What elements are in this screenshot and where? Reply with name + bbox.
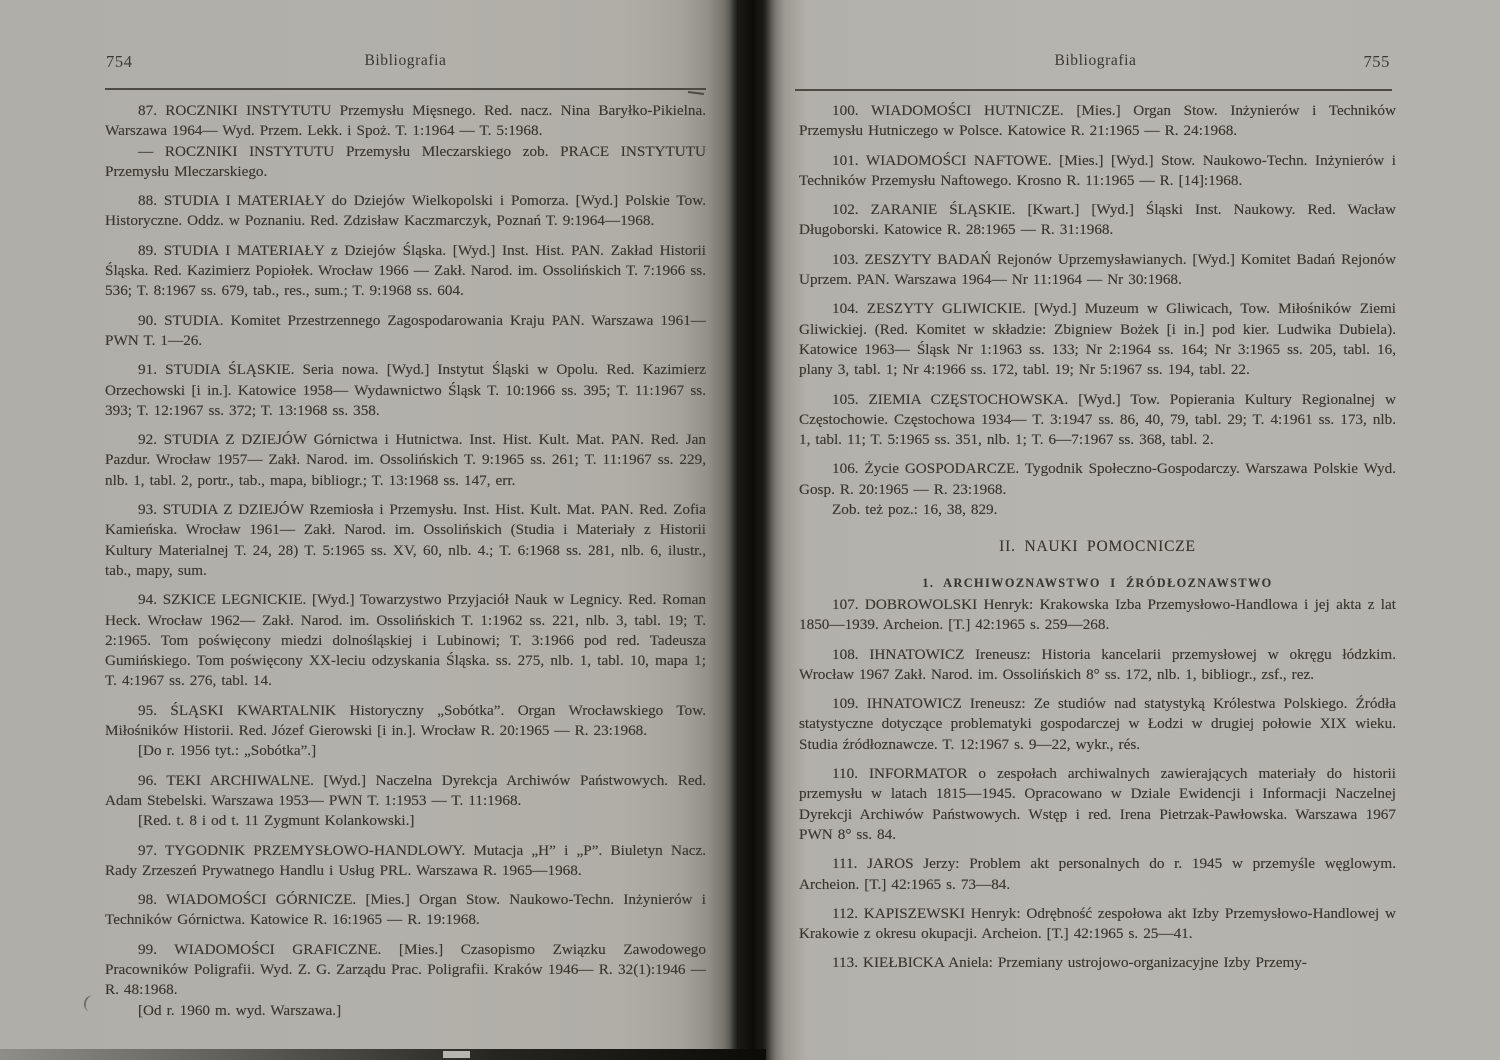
bibliography-entry: 106. Życie GOSPODARCZE. Tygodnik Społecz…: [799, 459, 1396, 520]
entry-text: 96. TEKI ARCHIWALNE. [Wyd.] Naczelna Dyr…: [105, 771, 706, 812]
entry-text: 94. SZKICE LEGNICKIE. [Wyd.] Towarzystwo…: [105, 590, 706, 691]
entry-text: 106. Życie GOSPODARCZE. Tygodnik Społecz…: [799, 459, 1396, 500]
bibliography-entry: 108. IHNATOWICZ Ireneusz: Historia kance…: [799, 645, 1396, 686]
entry-text: 100. WIADOMOŚCI HUTNICZE. [Mies.] Organ …: [799, 101, 1396, 142]
page-number-right: 755: [1330, 52, 1390, 72]
bibliography-entry: 92. STUDIA Z DZIEJÓW Górnictwa i Hutnict…: [105, 430, 706, 491]
entry-text: 92. STUDIA Z DZIEJÓW Górnictwa i Hutnict…: [105, 430, 706, 491]
entry-text: 99. WIADOMOŚCI GRAFICZNE. [Mies.] Czasop…: [105, 940, 706, 1001]
bibliography-entry: 96. TEKI ARCHIWALNE. [Wyd.] Naczelna Dyr…: [105, 771, 706, 832]
entry-text: 89. STUDIA I MATERIAŁY z Dziejów Śląska.…: [105, 241, 706, 302]
bibliography-entry: 99. WIADOMOŚCI GRAFICZNE. [Mies.] Czasop…: [105, 940, 706, 1020]
entry-text: 113. KIEŁBICKA Aniela: Przemiany ustrojo…: [799, 953, 1396, 973]
subsection-heading: 1. ARCHIWOZNAWSTWO I ŹRÓDŁOZNAWSTWO: [799, 573, 1396, 593]
bibliography-entry: 109. IHNATOWICZ Ireneusz: Ze studiów nad…: [799, 694, 1396, 755]
entry-note: Zob. też poz.: 16, 38, 829.: [799, 500, 1396, 520]
bibliography-entry: 89. STUDIA I MATERIAŁY z Dziejów Śląska.…: [105, 241, 706, 302]
bibliography-entry: 100. WIADOMOŚCI HUTNICZE. [Mies.] Organ …: [799, 101, 1396, 142]
bibliography-column-right: 100. WIADOMOŚCI HUTNICZE. [Mies.] Organ …: [799, 100, 1396, 1020]
entry-text: 97. TYGODNIK PRZEMYSŁOWO-HANDLOWY. Mutac…: [105, 841, 706, 882]
entry-text: 105. ZIEMIA CZĘSTOCHOWSKA. [Wyd.] Tow. P…: [799, 390, 1396, 451]
bibliography-entries-bottom: 107. DOBROWOLSKI Henryk: Krakowska Izba …: [799, 595, 1396, 974]
entry-text: 111. JAROS Jerzy: Problem akt personalny…: [799, 854, 1396, 895]
bibliography-entry: 93. STUDIA Z DZIEJÓW Rzemiosła i Przemys…: [105, 500, 706, 581]
entry-text: 107. DOBROWOLSKI Henryk: Krakowska Izba …: [799, 595, 1396, 636]
bibliography-entry: 101. WIADOMOŚCI NAFTOWE. [Mies.] [Wyd.] …: [799, 151, 1396, 192]
bibliography-entry: 110. INFORMATOR o zespołach archiwalnych…: [799, 764, 1396, 845]
entry-text: 88. STUDIA I MATERIAŁY do Dziejów Wielko…: [105, 191, 706, 232]
bibliography-entry: 111. JAROS Jerzy: Problem akt personalny…: [799, 854, 1396, 895]
entry-text: 90. STUDIA. Komitet Przestrzennego Zagos…: [105, 311, 706, 352]
header-rule-left: [105, 88, 706, 90]
bibliography-column-left: 87. ROCZNIKI INSTYTUTU Przemysłu Mięsneg…: [105, 100, 706, 1020]
entry-text: 112. KAPISZEWSKI Henryk: Odrębność zespo…: [799, 904, 1396, 945]
header-rule-right: [795, 89, 1392, 91]
entry-text: 87. ROCZNIKI INSTYTUTU Przemysłu Mięsneg…: [105, 101, 706, 142]
entry-text: 101. WIADOMOŚCI NAFTOWE. [Mies.] [Wyd.] …: [799, 151, 1396, 192]
bibliography-entry: 95. ŚLĄSKI KWARTALNIK Historyczny „Sobót…: [105, 701, 706, 762]
entry-text: 102. ZARANIE ŚLĄSKIE. [Kwart.] [Wyd.] Śl…: [799, 200, 1396, 241]
entry-text: 91. STUDIA ŚLĄSKIE. Seria nowa. [Wyd.] I…: [105, 360, 706, 421]
bibliography-entry: 91. STUDIA ŚLĄSKIE. Seria nowa. [Wyd.] I…: [105, 360, 706, 421]
entry-note: — ROCZNIKI INSTYTUTU Przemysłu Mleczarsk…: [105, 142, 706, 183]
entry-text: 93. STUDIA Z DZIEJÓW Rzemiosła i Przemys…: [105, 500, 706, 581]
entry-text: 108. IHNATOWICZ Ireneusz: Historia kance…: [799, 645, 1396, 686]
bibliography-entry: 102. ZARANIE ŚLĄSKIE. [Kwart.] [Wyd.] Śl…: [799, 200, 1396, 241]
bibliography-entry: 87. ROCZNIKI INSTYTUTU Przemysłu Mięsneg…: [105, 101, 706, 182]
entry-text: 98. WIADOMOŚCI GÓRNICZE. [Mies.] Organ S…: [105, 890, 706, 931]
bibliography-entry: 112. KAPISZEWSKI Henryk: Odrębność zespo…: [799, 904, 1396, 945]
bottom-edge-mark: [443, 1051, 470, 1058]
bibliography-entry: 94. SZKICE LEGNICKIE. [Wyd.] Towarzystwo…: [105, 590, 706, 691]
entry-note: [Od r. 1960 m. wyd. Warszawa.]: [105, 1001, 706, 1020]
entry-text: 95. ŚLĄSKI KWARTALNIK Historyczny „Sobót…: [105, 701, 706, 742]
entry-text: 104. ZESZYTY GLIWICKIE. [Wyd.] Muzeum w …: [799, 299, 1396, 380]
entry-text: 110. INFORMATOR o zespołach archiwalnych…: [799, 764, 1396, 845]
bibliography-entry: 105. ZIEMIA CZĘSTOCHOWSKA. [Wyd.] Tow. P…: [799, 390, 1396, 451]
bibliography-entry: 113. KIEŁBICKA Aniela: Przemiany ustrojo…: [799, 953, 1396, 973]
bibliography-entry: 97. TYGODNIK PRZEMYSŁOWO-HANDLOWY. Mutac…: [105, 841, 706, 882]
running-head-right: Bibliografia: [797, 52, 1394, 70]
book-gutter-shadow: [724, 0, 776, 1060]
entry-text: 109. IHNATOWICZ Ireneusz: Ze studiów nad…: [799, 694, 1396, 755]
page-bottom-edge: [0, 1049, 766, 1060]
bibliography-entry: 88. STUDIA I MATERIAŁY do Dziejów Wielko…: [105, 191, 706, 232]
bibliography-entries-top: 100. WIADOMOŚCI HUTNICZE. [Mies.] Organ …: [799, 101, 1396, 520]
entry-note: [Do r. 1956 tyt.: „Sobótka”.]: [105, 741, 706, 761]
bibliography-entry: 103. ZESZYTY BADAŃ Rejonów Uprzemysławia…: [799, 250, 1396, 291]
bibliography-entry: 107. DOBROWOLSKI Henryk: Krakowska Izba …: [799, 595, 1396, 636]
entry-text: 103. ZESZYTY BADAŃ Rejonów Uprzemysławia…: [799, 250, 1396, 291]
bibliography-entry: 98. WIADOMOŚCI GÓRNICZE. [Mies.] Organ S…: [105, 890, 706, 931]
book-spread: 754 Bibliografia Bibliografia 755 87. RO…: [0, 0, 1500, 1060]
section-heading: II. NAUKI POMOCNICZE: [799, 537, 1396, 557]
entry-note: [Red. t. 8 i od t. 11 Zygmunt Kolankowsk…: [105, 811, 706, 831]
bibliography-entry: 104. ZESZYTY GLIWICKIE. [Wyd.] Muzeum w …: [799, 299, 1396, 380]
running-head-left: Bibliografia: [105, 52, 706, 70]
bibliography-entry: 90. STUDIA. Komitet Przestrzennego Zagos…: [105, 311, 706, 352]
